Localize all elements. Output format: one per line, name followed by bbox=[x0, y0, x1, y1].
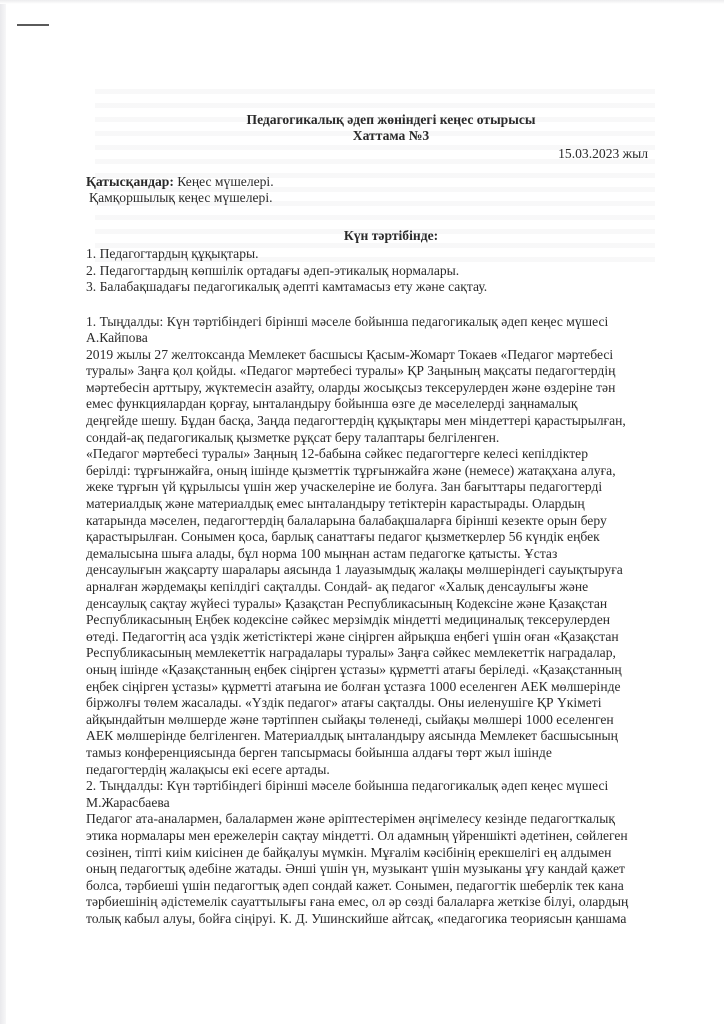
body-line: тәрбиешінің әдістемелік сауаттылығы ғана… bbox=[86, 894, 676, 911]
body-line: тамыз конференциясында берген тапсырмасы… bbox=[86, 745, 676, 762]
body-line: өтеді. Педагогтің аса үздік жетістіктері… bbox=[86, 629, 676, 646]
body-line: біржолғы төлем жасалады. «Үздік педагог»… bbox=[86, 695, 676, 712]
participants-label: Қатысқандар: bbox=[86, 174, 174, 189]
body-line: А.Кайпова bbox=[86, 330, 676, 347]
body-line: педагогтердің жалақысы екі есеге артады. bbox=[86, 762, 676, 779]
body-line: Республикасының мемлекеттік наградалары … bbox=[86, 645, 676, 662]
body-line: берілді: тұрғынжайға, оның ішінде қызмет… bbox=[86, 463, 676, 480]
body-line: емес функциялардан қорғау, ынталандыру б… bbox=[86, 396, 676, 413]
body-line: катарында мәселен, педагогтердің балалар… bbox=[86, 513, 676, 530]
body-line: арналған жәрдемақы кепілдігі сақталды. С… bbox=[86, 579, 676, 596]
agenda-item: 3. Балабақшадағы педагогикалық әдепті ка… bbox=[86, 279, 676, 296]
title-line-1: Педагогикалық әдеп жөніндегі кеңес отыры… bbox=[106, 112, 676, 128]
body-line: толық кабыл алуы, бойға сіңіруі. К. Д. У… bbox=[86, 911, 676, 928]
body-line: сондай-ақ педагогикалық қызметке рұқсат … bbox=[86, 430, 676, 447]
participants-line-2: Қамқоршылық кеңес мүшелері. bbox=[86, 190, 676, 206]
participants-value-1: Кеңес мүшелері. bbox=[174, 174, 274, 189]
body-line: болса, тәрбиеші үшін педагогтық әдеп сон… bbox=[86, 878, 676, 895]
body-line: АЕК мөлшерінде белгіленген. Материалдық … bbox=[86, 728, 676, 745]
body-line: Педагог ата-аналармен, балалармен және ә… bbox=[86, 811, 676, 828]
agenda-list: 1. Педагогтардың құқықтары. 2. Педагогта… bbox=[86, 246, 676, 296]
body-line: денсаулығын жақсарту шаралары аясында 1 … bbox=[86, 562, 676, 579]
body-line: туралы» Заңға қол қойды. «Педагог мәртеб… bbox=[86, 363, 676, 380]
body-line: мәртебесін арттыру, жүктемесін азайту, о… bbox=[86, 380, 676, 397]
body-line: оның педагогтық әдебіне жатады. Әнші үші… bbox=[86, 861, 676, 878]
corner-dash-mark bbox=[17, 24, 49, 26]
body-line: 1. Тыңдалды: Күн тәртібіндегі бірінші мә… bbox=[86, 314, 676, 331]
body-line: қарастырылған. Сонымен қоса, барлық сана… bbox=[86, 529, 676, 546]
agenda-item: 1. Педагогтардың құқықтары. bbox=[86, 246, 676, 263]
body-line: Республикасының Еңбек кодексіне сәйкес м… bbox=[86, 612, 676, 629]
body-line: «Педагог мәртебесі туралы» Заңның 12-баб… bbox=[86, 446, 676, 463]
document-date: 15.03.2023 жыл bbox=[86, 146, 676, 162]
scan-top-shadow bbox=[0, 0, 724, 4]
document-page: Педагогикалық әдеп жөніндегі кеңес отыры… bbox=[86, 112, 676, 927]
minutes-body: 1. Тыңдалды: Күн тәртібіндегі бірінші мә… bbox=[86, 314, 676, 928]
document-title: Педагогикалық әдеп жөніндегі кеңес отыры… bbox=[106, 112, 676, 144]
body-line: М.Жарасбаева bbox=[86, 795, 676, 812]
body-line: айқындайтын мөлшерде және тәртіппен сыйа… bbox=[86, 712, 676, 729]
body-line: деңгейде шешу. Бұдан басқа, Заңда педаго… bbox=[86, 413, 676, 430]
scan-edge-shadow bbox=[0, 0, 6, 1024]
body-line: 2. Тыңдалды: Күн тәртібіндегі бірінші мә… bbox=[86, 778, 676, 795]
body-line: еңбек сіңірген ұстазы» құрметті атағына … bbox=[86, 679, 676, 696]
agenda-item: 2. Педагогтардың көпшілік ортадағы әдеп-… bbox=[86, 263, 676, 280]
participants-line-1: Қатысқандар: Кеңес мүшелері. bbox=[86, 174, 676, 190]
body-line: этика нормалары мен ережелерін сақтау мі… bbox=[86, 828, 676, 845]
title-line-2: Хаттама №3 bbox=[106, 128, 676, 144]
participants-block: Қатысқандар: Кеңес мүшелері. Қамқоршылық… bbox=[86, 174, 676, 206]
body-line: сөзінен, тіпті киім киісінен де байқалуы… bbox=[86, 845, 676, 862]
body-line: оның ішінде «Қазақстанның еңбек сіңірген… bbox=[86, 662, 676, 679]
body-line: демалысына шыға алады, бұл норма 100 мың… bbox=[86, 546, 676, 563]
body-line: жеке тұрғын үй құрылысы үшін жер учаскел… bbox=[86, 479, 676, 496]
body-line: материалдық және материалдық емес ынтала… bbox=[86, 496, 676, 513]
agenda-heading: Күн тәртібінде: bbox=[106, 228, 676, 244]
body-line: 2019 жылы 27 желтоксанда Мемлекет басшыс… bbox=[86, 347, 676, 364]
body-line: денсаулық сақтау жүйесі туралы» Қазақста… bbox=[86, 596, 676, 613]
